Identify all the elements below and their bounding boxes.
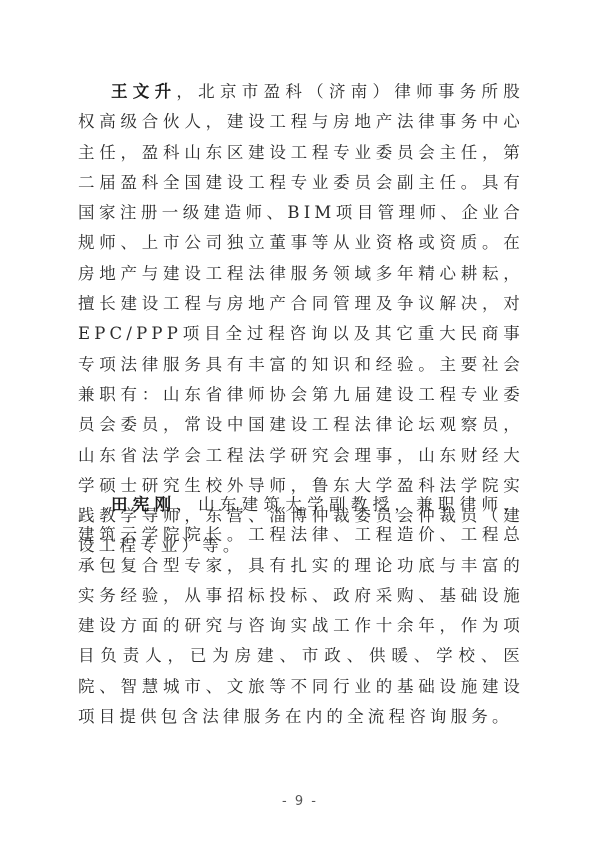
document-page: 王文升，北京市盈科（济南）律师事务所股权高级合伙人，建设工程与房地产法律事务中心… (0, 0, 600, 848)
bio-paragraph-tian-xiangang: 田宪刚，山东建筑大学副教授，兼职律师，建筑云学院院长。工程法律、工程造价、工程总… (78, 490, 524, 732)
person-name: 田宪刚 (111, 495, 176, 514)
bio-text: ，山东建筑大学副教授，兼职律师，建筑云学院院长。工程法律、工程造价、工程总承包复… (78, 495, 524, 726)
bio-text: ，北京市盈科（济南）律师事务所股权高级合伙人，建设工程与房地产法律事务中心主任，… (78, 82, 524, 555)
page-number: - 9 - (0, 794, 600, 809)
person-name: 王文升 (111, 82, 176, 101)
